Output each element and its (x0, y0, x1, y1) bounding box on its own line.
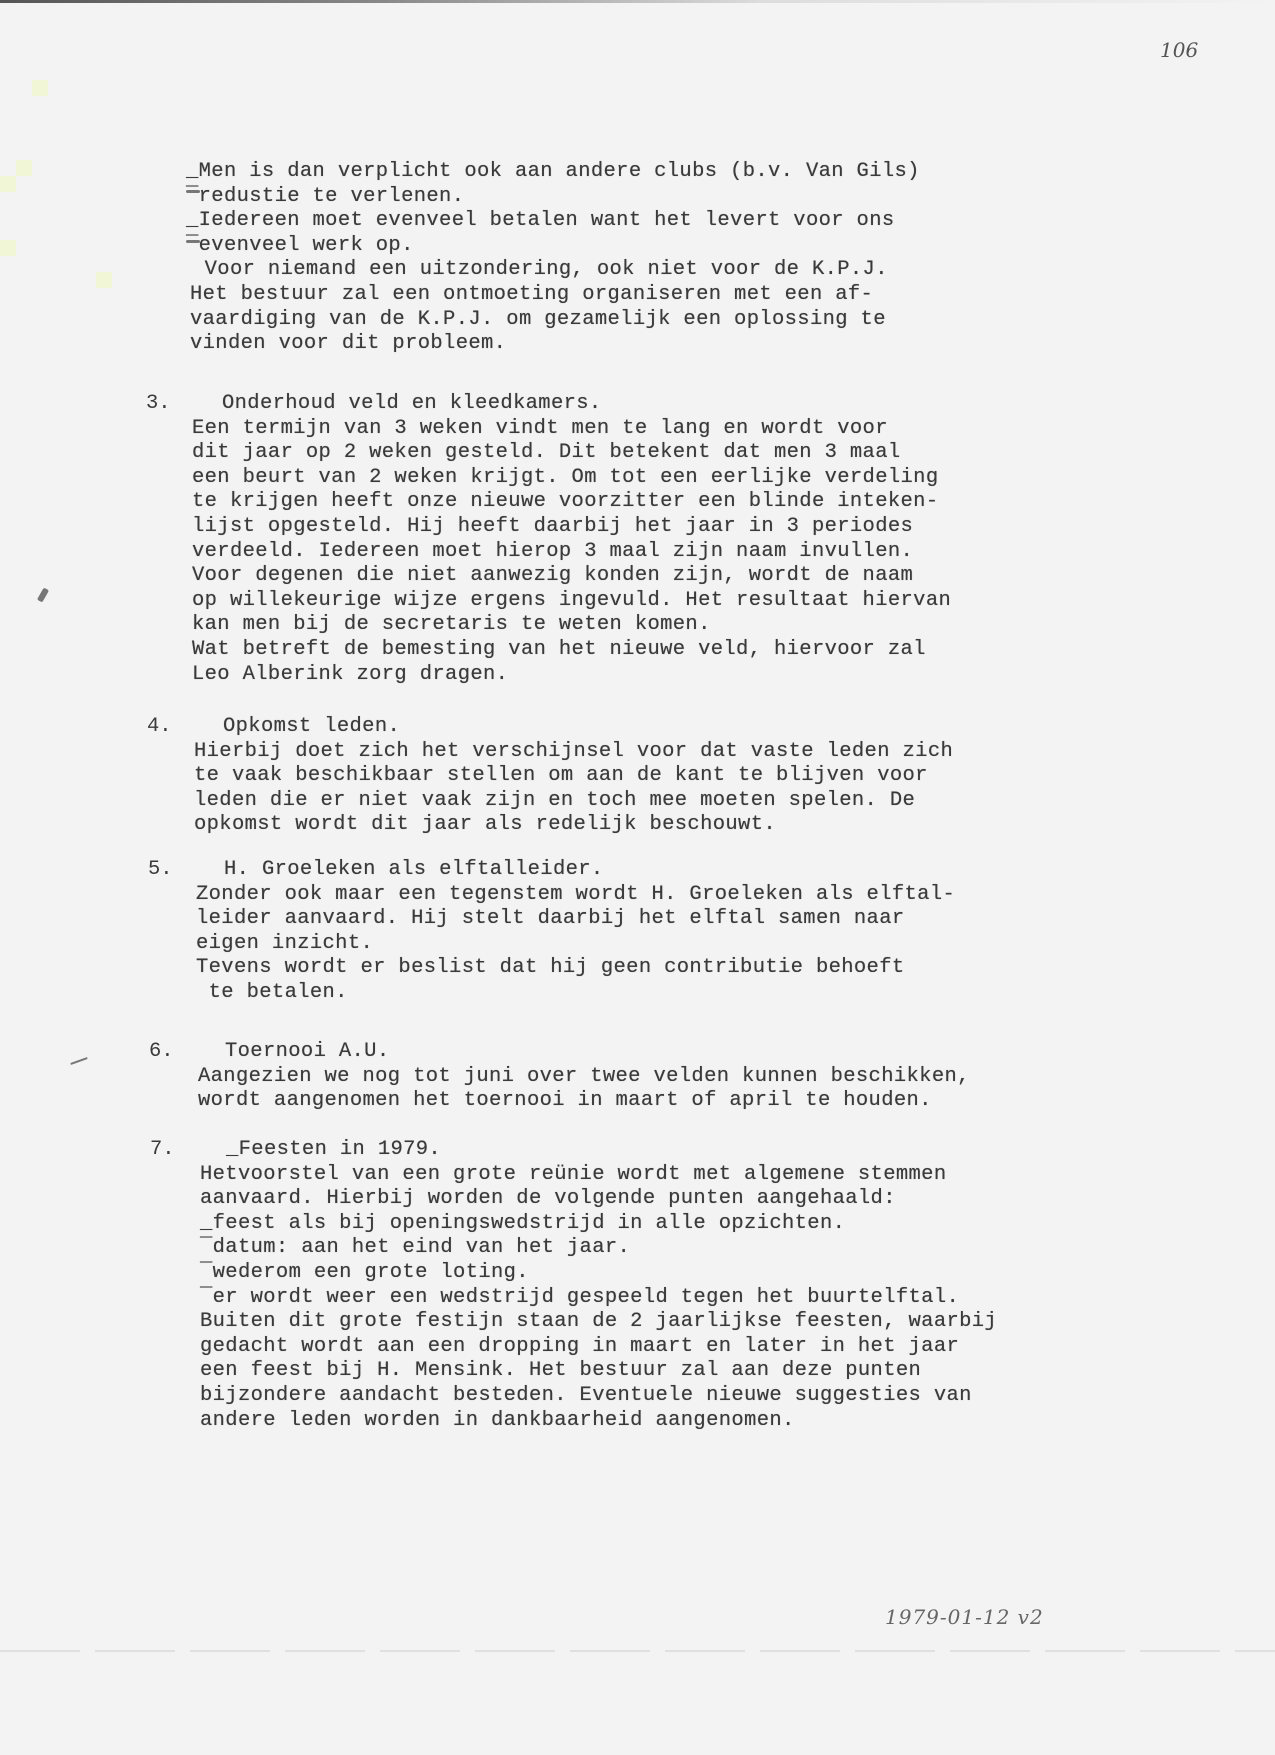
text-line: te vaak beschikbaar stellen om aan de ka… (194, 764, 928, 788)
text-line: Voor degenen die niet aanwezig konden zi… (192, 564, 913, 588)
text-line: Leo Alberink zorg dragen. (192, 663, 508, 687)
text-line: Hetvoorstel van een grote reünie wordt m… (200, 1163, 946, 1187)
text-line: Zonder ook maar een tegenstem wordt H. G… (196, 883, 955, 907)
text-line: vaardiging van de K.P.J. om gezamelijk e… (190, 308, 886, 332)
text-line: bijzondere aandacht besteden. Eventuele … (200, 1384, 972, 1408)
paper-speck (32, 80, 48, 96)
text-line: ‾er wordt weer een wedstrijd gespeeld te… (200, 1286, 959, 1310)
text-line: Wat betreft de bemesting van het nieuwe … (192, 638, 926, 662)
text-line: een feest bij H. Mensink. Het bestuur za… (200, 1359, 921, 1383)
item-number: 6. (149, 1040, 174, 1064)
handwritten-page-number: 106 (1160, 38, 1198, 62)
handwritten-date-stamp: 1979-01-12 v2 (885, 1605, 1044, 1629)
text-line: Aangezien we nog tot juni over twee veld… (198, 1065, 970, 1089)
text-line: ‾redustie te verlenen. (186, 185, 464, 209)
text-line: ‾wederom een grote loting. (200, 1261, 529, 1285)
text-line: verdeeld. Iedereen moet hierop 3 maal zi… (192, 540, 913, 564)
text-line: een beurt van 2 weken krijgt. Om tot een… (192, 466, 938, 490)
text-line: Tevens wordt er beslist dat hij geen con… (196, 956, 905, 980)
paper-speck (96, 272, 112, 288)
text-line: leden die er niet vaak zijn en toch mee … (194, 789, 915, 813)
item-number: 5. (148, 858, 173, 882)
text-line: Voor niemand een uitzondering, ook niet … (192, 258, 888, 282)
text-line: vinden voor dit probleem. (190, 332, 506, 356)
text-line: op willekeurige wijze ergens ingevuld. H… (192, 589, 951, 613)
text-line: aanvaard. Hierbij worden de volgende pun… (200, 1187, 896, 1211)
text-line: opkomst wordt dit jaar als redelijk besc… (194, 813, 776, 837)
text-line: _feest als bij openingswedstrijd in alle… (200, 1212, 845, 1236)
text-line: Hierbij doet zich het verschijnsel voor … (194, 740, 953, 764)
text-line: _Iedereen moet evenveel betalen want het… (186, 209, 895, 233)
text-line: kan men bij de secretaris te weten komen… (192, 613, 711, 637)
text-line: lijst opgesteld. Hij heeft daarbij het j… (192, 515, 913, 539)
text-line: gedacht wordt aan een dropping in maart … (200, 1335, 959, 1359)
item-title: _Feesten in 1979. (226, 1138, 441, 1162)
paper-speck (16, 160, 32, 176)
item-title: Opkomst leden. (223, 715, 400, 739)
margin-mark (70, 1057, 88, 1065)
margin-mark (37, 587, 49, 602)
item-number: 4. (147, 715, 172, 739)
text-line: _Men is dan verplicht ook aan andere clu… (186, 160, 920, 184)
text-line: te betalen. (196, 981, 348, 1005)
text-line: Een termijn van 3 weken vindt men te lan… (192, 417, 888, 441)
item-title: Onderhoud veld en kleedkamers. (222, 392, 602, 416)
text-line: andere leden worden in dankbaarheid aang… (200, 1409, 795, 1433)
text-line: eigen inzicht. (196, 932, 373, 956)
paper-speck (0, 240, 16, 256)
scan-top-edge (0, 0, 1275, 3)
item-number: 7. (150, 1138, 175, 1162)
text-line: Buiten dit grote festijn staan de 2 jaar… (200, 1310, 997, 1334)
text-line: ‾evenveel werk op. (186, 234, 414, 258)
scan-fold-line (0, 1650, 1275, 1652)
text-line: dit jaar op 2 weken gesteld. Dit beteken… (192, 441, 901, 465)
paper-speck (0, 176, 16, 192)
item-title: H. Groeleken als elftalleider. (224, 858, 604, 882)
text-line: Het bestuur zal een ontmoeting organiser… (190, 283, 873, 307)
text-line: ‾datum: aan het eind van het jaar. (200, 1236, 630, 1260)
text-line: te krijgen heeft onze nieuwe voorzitter … (192, 490, 938, 514)
text-line: leider aanvaard. Hij stelt daarbij het e… (196, 907, 905, 931)
text-line: wordt aangenomen het toernooi in maart o… (198, 1089, 932, 1113)
item-number: 3. (146, 392, 171, 416)
item-title: Toernooi A.U. (225, 1040, 389, 1064)
